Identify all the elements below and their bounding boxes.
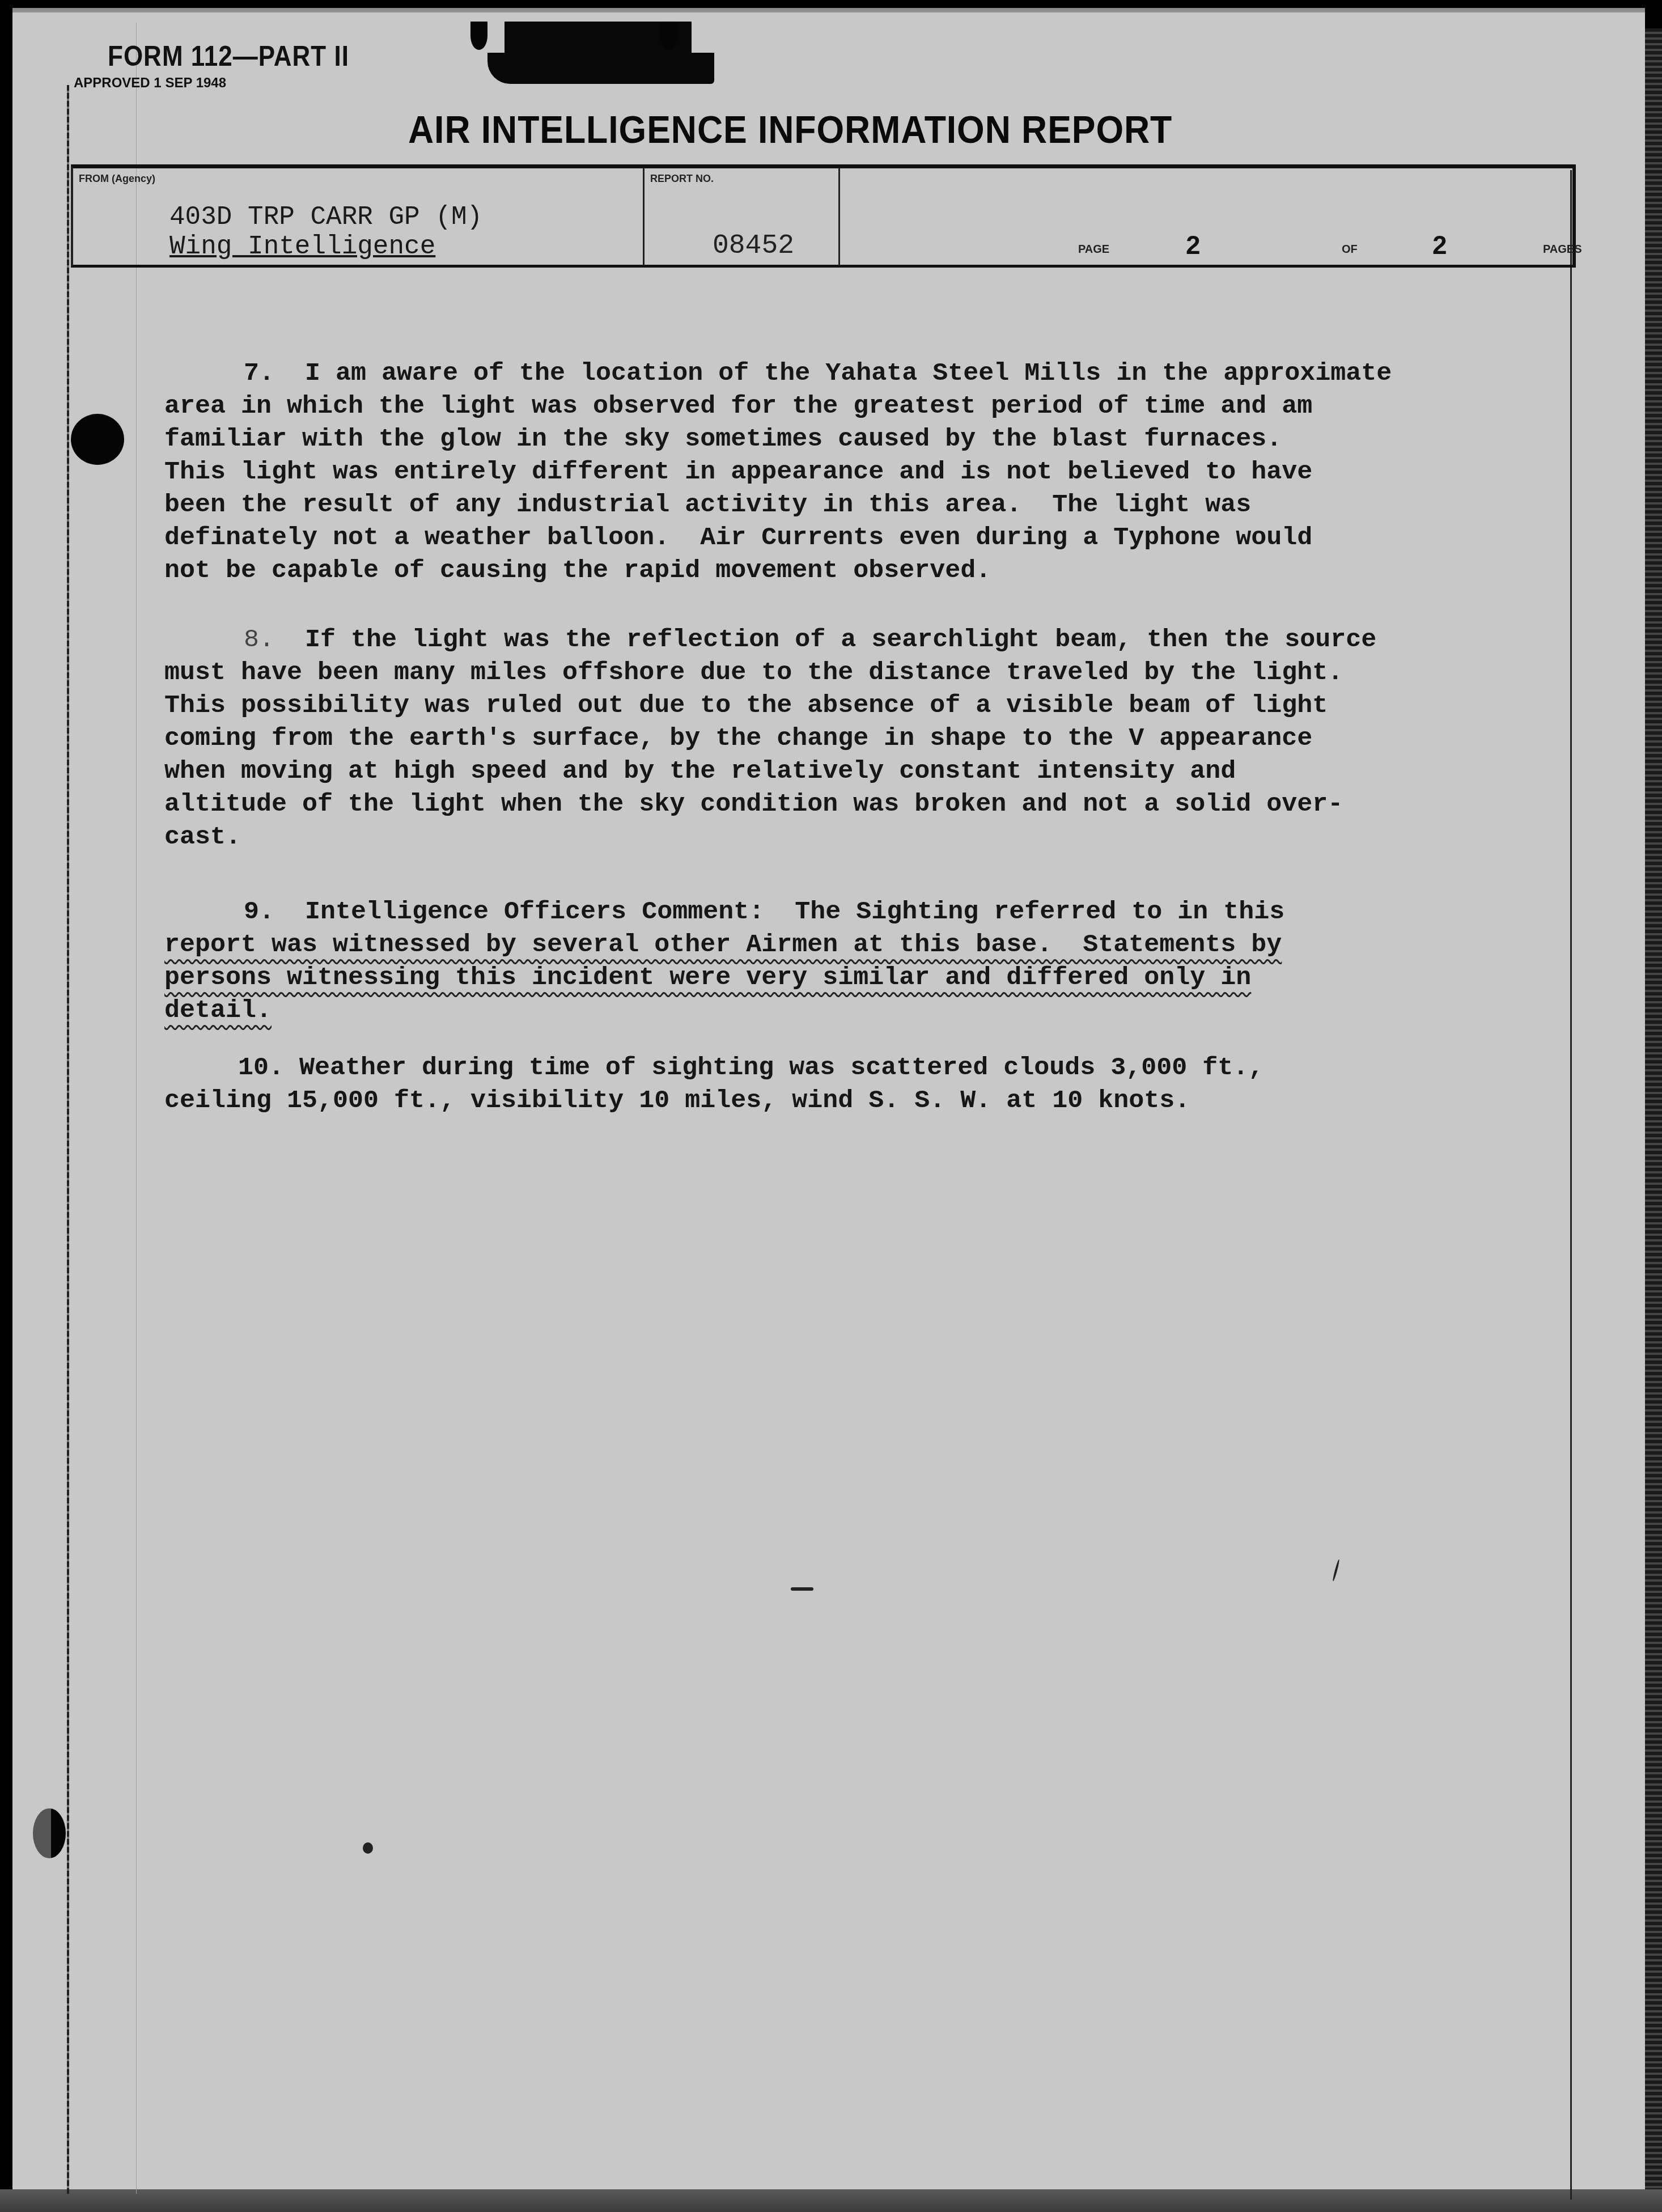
form-approved-date: APPROVED 1 SEP 1948 <box>74 75 349 91</box>
ink-speck <box>363 1842 373 1854</box>
paragraph-line: I am aware of the location of the Yahata… <box>305 359 1392 388</box>
report-number-label: REPORT NO. <box>650 173 714 185</box>
redaction-block <box>436 22 765 84</box>
paragraph-line: Intelligence Officers Comment: The Sight… <box>305 897 1284 926</box>
paragraph-line: Weather during time of sighting was scat… <box>299 1053 1264 1082</box>
paragraph-number: 9. <box>244 897 274 926</box>
paragraph-line: familiar with the glow in the sky someti… <box>164 423 1525 456</box>
report-number-cell: REPORT NO. 08452 <box>643 168 840 265</box>
report-header-box: FROM (Agency) 403D TRP CARR GP (M) Wing … <box>71 164 1576 268</box>
paragraph-8: 8. If the light was the reflection of a … <box>164 624 1525 854</box>
paragraph-9: 9. Intelligence Officers Comment: The Si… <box>164 896 1525 1027</box>
punch-hole-icon <box>71 414 124 465</box>
redaction-mark <box>487 53 714 84</box>
from-agency: 403D TRP CARR GP (M) <box>169 202 482 232</box>
page-count-cell: PAGE 2 OF 2 PAGES <box>838 168 1571 265</box>
page-number: 2 <box>1186 230 1201 260</box>
paragraph-line: This possibility was ruled out due to th… <box>164 689 1525 722</box>
report-number: 08452 <box>713 231 794 261</box>
paragraph-number: 10. <box>238 1053 284 1082</box>
scan-bottom-shadow <box>0 2189 1662 2212</box>
ink-speck <box>791 1587 813 1591</box>
paragraph-line: must have been many miles offshore due t… <box>164 656 1525 689</box>
underlined-line: report was witnessed by several other Ai… <box>164 929 1525 961</box>
punch-hole-icon <box>33 1808 66 1858</box>
scan-artifact-line <box>136 23 137 2194</box>
paragraph-line: If the light was the reflection of a sea… <box>305 625 1376 654</box>
paragraph-line: area in which the light was observed for… <box>164 390 1525 423</box>
from-unit: Wing Intelligence <box>169 232 435 261</box>
underlined-line: persons witnessing this incident were ve… <box>164 961 1525 994</box>
underlined-line: detail. <box>164 994 1525 1027</box>
paragraph-line: cast. <box>164 821 1525 854</box>
paragraph-line: when moving at high speed and by the rel… <box>164 755 1525 788</box>
paragraph-line: definately not a weather balloon. Air Cu… <box>164 522 1525 554</box>
paragraph-7: 7. I am aware of the location of the Yah… <box>164 357 1525 587</box>
page-label: PAGE <box>1078 243 1109 256</box>
form-number: FORM 112—PART II <box>108 40 349 73</box>
from-label: FROM (Agency) <box>79 173 155 185</box>
paragraph-number: 8. <box>244 625 274 654</box>
paragraph-line: altitude of the light when the sky condi… <box>164 788 1525 821</box>
paragraph-number: 7. <box>244 359 274 388</box>
of-label: OF <box>1342 243 1358 256</box>
from-cell: FROM (Agency) 403D TRP CARR GP (M) Wing … <box>73 168 640 265</box>
paragraph-line: This light was entirely different in app… <box>164 456 1525 489</box>
form-identifier: FORM 112—PART II APPROVED 1 SEP 1948 <box>62 43 349 91</box>
redaction-mark <box>470 22 487 50</box>
paragraph-10: 10. Weather during time of sighting was … <box>164 1052 1525 1117</box>
paragraph-line: not be capable of causing the rapid move… <box>164 554 1525 587</box>
page-total: 2 <box>1432 230 1447 260</box>
pages-label: PAGES <box>1543 243 1582 256</box>
left-margin-line <box>67 85 69 2194</box>
report-title: AIR INTELLIGENCE INFORMATION REPORT <box>408 108 1172 152</box>
redaction-mark <box>660 22 677 50</box>
paragraph-line: ceiling 15,000 ft., visibility 10 miles,… <box>164 1084 1525 1117</box>
scan-right-edge <box>1645 28 1662 2212</box>
paragraph-line: coming from the earth's surface, by the … <box>164 722 1525 755</box>
right-margin-line <box>1570 170 1572 2200</box>
paragraph-line: been the result of any industrial activi… <box>164 489 1525 522</box>
